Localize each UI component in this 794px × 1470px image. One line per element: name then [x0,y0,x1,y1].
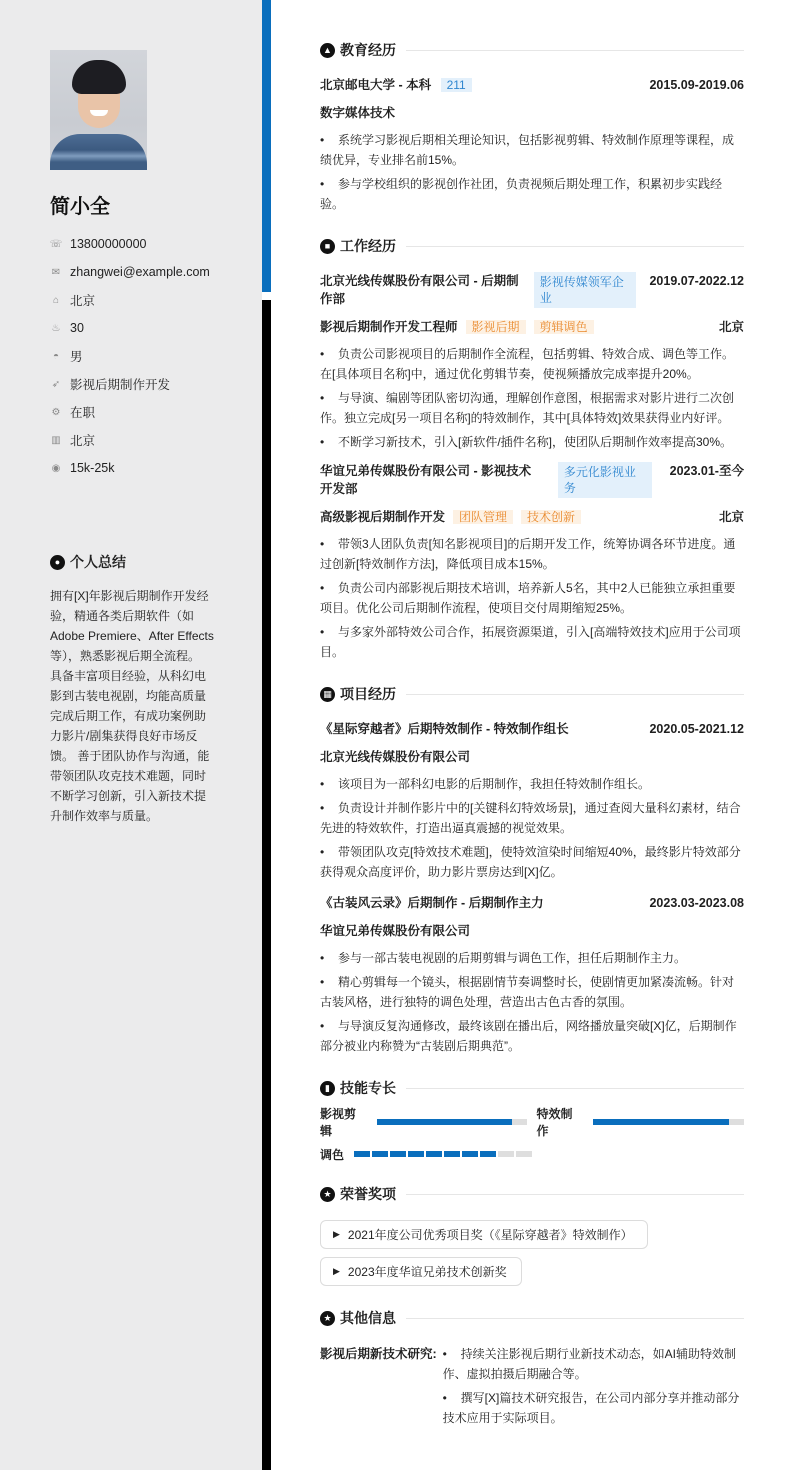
gender-icon: ◓ [50,350,62,362]
school-name: 北京邮电大学 - 本科 [320,78,431,92]
skill-tag: 技术创新 [521,510,581,524]
profile-photo [50,50,147,170]
user-icon: ● [50,555,65,570]
job-position: 高级影视后期制作开发 [320,510,445,524]
triangle-right-icon: ▶ [333,1229,340,1240]
other-label: 影视后期新技术研究: [320,1344,437,1432]
job-location: 北京 [719,508,744,526]
cake-icon: ♨ [50,322,62,334]
job-company: 北京光线传媒股份有限公司 - 后期制作部 [320,272,520,308]
projects-title: ▦项目经历 [320,684,744,704]
job-date: 2023.01-至今 [670,462,744,480]
contact-status: ⚙在职 [50,398,210,426]
school-tag: 211 [441,78,472,92]
accent-bar-blue [262,0,271,292]
building-icon: ▥ [50,434,62,446]
award-item[interactable]: ▶2023年度华谊兄弟技术创新奖 [320,1257,522,1286]
contact-job-target: ➶影视后期制作开发 [50,370,210,398]
contact-age: ♨30 [50,314,210,342]
skill-tag: 团队管理 [453,510,513,524]
job-date: 2019.07-2022.12 [649,272,744,290]
company-tag: 影视传媒领军企业 [534,272,636,308]
grid-icon: ▦ [320,687,335,702]
skill-color-grading: 调色 [320,1146,744,1162]
award-item[interactable]: ▶2021年度公司优秀项目奖（《星际穿越者》特效制作） [320,1220,648,1249]
project-date: 2020.05-2021.12 [649,720,744,738]
education-title: ▲教育经历 [320,40,744,60]
skill-bar [593,1119,744,1125]
job-item: 北京光线传媒股份有限公司 - 后期制作部 影视传媒领军企业 2019.07-20… [320,272,744,452]
contact-gender: ◓男 [50,342,210,370]
project-item: 《古装风云录》后期制作 - 后期制作主力2023.03-2023.08 华谊兄弟… [320,894,744,1056]
company-tag: 多元化影视业务 [558,462,652,498]
contact-salary: ◉15k-25k [50,454,210,482]
job-company: 华谊兄弟传媒股份有限公司 - 影视技术开发部 [320,462,540,498]
skill-tag: 影视后期 [466,320,526,334]
phone-icon: ☏ [50,238,62,250]
skill-editing: 影视剪辑 [320,1114,527,1130]
accent-bar-black [262,300,271,1470]
home-icon: ⌂ [50,294,62,306]
skills-title: ▮技能专长 [320,1078,744,1098]
work-title: ■工作经历 [320,236,744,256]
job-location: 北京 [719,318,744,336]
project-name: 《星际穿越者》后期特效制作 - 特效制作组长 [320,720,569,738]
contact-list: ☏13800000000 ✉zhangwei@example.com ⌂北京 ♨… [50,230,210,482]
send-icon: ➶ [50,378,62,390]
major: 数字媒体技术 [320,104,744,122]
summary-title: ●个人总结 [50,552,215,572]
skill-tag: 剪辑调色 [534,320,594,334]
skill-segments [354,1151,534,1157]
project-date: 2023.03-2023.08 [649,894,744,912]
contact-target-city: ▥北京 [50,426,210,454]
education-date: 2015.09-2019.06 [649,76,744,94]
graduation-cap-icon: ▲ [320,43,335,58]
other-info: 影视后期新技术研究: 持续关注影视后期行业新技术动态，如AI辅助特效制作、虚拟拍… [320,1344,744,1432]
mail-icon: ✉ [50,266,62,278]
contact-email: ✉zhangwei@example.com [50,258,210,286]
other-title: ★其他信息 [320,1308,744,1328]
education-header: 北京邮电大学 - 本科 211 2015.09-2019.06 [320,76,744,94]
briefcase-icon: ■ [320,239,335,254]
contact-city: ⌂北京 [50,286,210,314]
award-icon: ★ [320,1187,335,1202]
summary-section: ●个人总结 拥有[X]年影视后期制作开发经验，精通各类后期软件（如Adobe P… [50,552,215,826]
awards-title: ★荣誉奖项 [320,1184,744,1204]
salary-icon: ◉ [50,462,62,474]
skill-vfx: 特效制作 [537,1114,744,1130]
bar-chart-icon: ▮ [320,1081,335,1096]
main-content: ▲教育经历 北京邮电大学 - 本科 211 2015.09-2019.06 数字… [320,40,744,1432]
triangle-right-icon: ▶ [333,1266,340,1277]
contact-phone: ☏13800000000 [50,230,210,258]
profile-name: 简小全 [50,190,110,219]
project-company: 北京光线传媒股份有限公司 [320,748,470,766]
summary-text: 拥有[X]年影视后期制作开发经验，精通各类后期软件（如Adobe Premier… [50,586,215,826]
job-position: 影视后期制作开发工程师 [320,320,458,334]
education-bullets: 系统学习影视后期相关理论知识，包括影视剪辑、特效制作原理等课程，成绩优异，专业排… [320,130,744,214]
project-name: 《古装风云录》后期制作 - 后期制作主力 [320,894,544,912]
skill-bar [377,1119,527,1125]
job-item: 华谊兄弟传媒股份有限公司 - 影视技术开发部 多元化影视业务 2023.01-至… [320,462,744,662]
project-company: 华谊兄弟传媒股份有限公司 [320,922,470,940]
info-icon: ★ [320,1311,335,1326]
gear-icon: ⚙ [50,406,62,418]
project-item: 《星际穿越者》后期特效制作 - 特效制作组长2020.05-2021.12 北京… [320,720,744,882]
